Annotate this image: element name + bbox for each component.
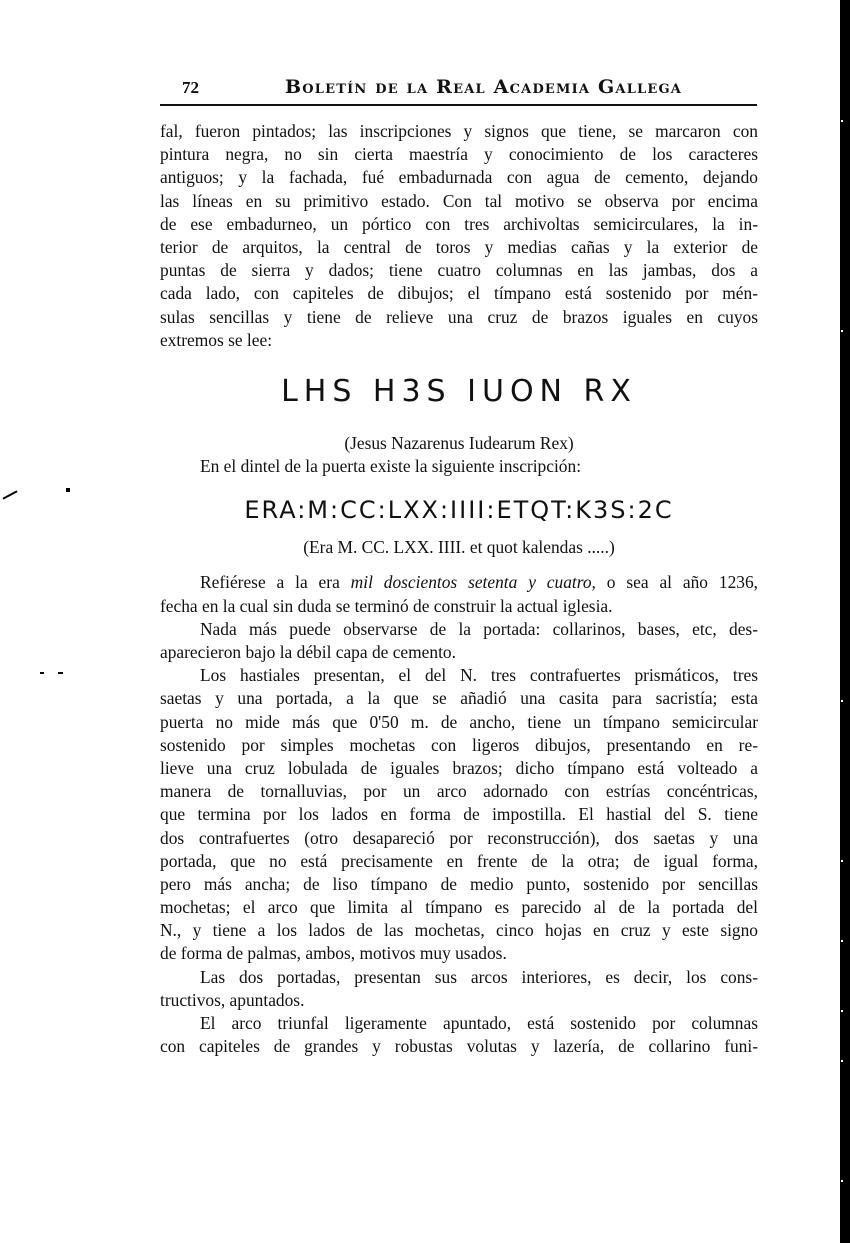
inscription-glyphs: ERA:M:CC:LXX:IIII:ETQT:K3S:2C bbox=[160, 494, 758, 526]
text-line: saetas y una portada, a la que se añadió… bbox=[160, 687, 758, 710]
paragraph-3: Nada más puede observarse de la portada:… bbox=[160, 618, 758, 664]
text-line: de ese embadurneo, un pórtico con tres a… bbox=[160, 213, 758, 236]
text-line: puerta no mide más que 0'50 m. de ancho,… bbox=[160, 711, 758, 734]
text-line: Los hastiales presentan, el del N. tres … bbox=[160, 664, 758, 687]
text-line: sulas sencillas y tiene de relieve una c… bbox=[160, 306, 758, 329]
text-line: El arco triunfal ligeramente apuntado, e… bbox=[160, 1012, 758, 1035]
text-line: terior de arquitos, la central de toros … bbox=[160, 236, 758, 259]
page-header: 72 Boletín de la Real Academia Gallega bbox=[160, 76, 757, 102]
text-line: fecha en la cual sin duda se terminó de … bbox=[160, 595, 758, 618]
text-line: puntas de sierra y dados; tiene cuatro c… bbox=[160, 259, 758, 282]
paragraph-1: fal, fueron pintados; las inscripciones … bbox=[160, 120, 758, 352]
paragraph-4: Los hastiales presentan, el del N. tres … bbox=[160, 664, 758, 965]
inscription-glyphs: LHS H3S IUON RX bbox=[160, 372, 758, 412]
text-line: pero más ancha; de liso tímpano de medio… bbox=[160, 873, 758, 896]
text-line: cada lado, con capiteles de dibujos; el … bbox=[160, 282, 758, 305]
text-line: sostenido por simples mochetas con liger… bbox=[160, 734, 758, 757]
text-line: lieve una cruz lobulada de iguales brazo… bbox=[160, 757, 758, 780]
header-rule bbox=[160, 104, 757, 106]
text-line: tructivos, apuntados. bbox=[160, 989, 758, 1012]
text-line: N., y tiene a los lados de las mochetas,… bbox=[160, 919, 758, 942]
text-line: las líneas en su primitivo estado. Con t… bbox=[160, 190, 758, 213]
italic-date: mil doscientos setenta y cuatro, bbox=[351, 572, 596, 592]
inscription-translation: (Era M. CC. LXX. IIII. et quot kalendas … bbox=[160, 536, 758, 559]
paragraph-5: Las dos portadas, presentan sus arcos in… bbox=[160, 966, 758, 1012]
text-line: de forma de palmas, ambos, motivos muy u… bbox=[160, 942, 758, 965]
scan-edge-strip bbox=[840, 0, 850, 1243]
running-title: Boletín de la Real Academia Gallega bbox=[285, 76, 682, 98]
text-line: Nada más puede observarse de la portada:… bbox=[160, 618, 758, 641]
paragraph-6: El arco triunfal ligeramente apuntado, e… bbox=[160, 1012, 758, 1058]
scan-artifact-speck bbox=[40, 672, 44, 674]
text-line: antiguos; y la fachada, fué embadurnada … bbox=[160, 166, 758, 189]
text-line: portada, que no está precisamente en fre… bbox=[160, 850, 758, 873]
scan-artifact-mark bbox=[2, 490, 17, 499]
text-line: extremos se lee: bbox=[160, 329, 758, 352]
text-line: mochetas; el arco que limita al tímpano … bbox=[160, 896, 758, 919]
page-number: 72 bbox=[182, 78, 199, 98]
text-line: Refiérese a la era mil doscientos setent… bbox=[160, 571, 758, 594]
scan-artifact-speck bbox=[58, 672, 63, 674]
inscription-2-intro: En el dintel de la puerta existe la sigu… bbox=[160, 455, 758, 478]
text-line: fal, fueron pintados; las inscripciones … bbox=[160, 120, 758, 143]
inscription-translation: (Jesus Nazarenus Iudearum Rex) bbox=[160, 432, 758, 455]
paragraph-2: Refiérese a la era mil doscientos setent… bbox=[160, 571, 758, 617]
text-line: que termina por los lados en forma de im… bbox=[160, 803, 758, 826]
text-line: manera de tornalluvias, por un arco ador… bbox=[160, 780, 758, 803]
inscription-2: ERA:M:CC:LXX:IIII:ETQT:K3S:2C (Era M. CC… bbox=[160, 494, 758, 559]
text-line: aparecieron bajo la débil capa de cement… bbox=[160, 641, 758, 664]
inscription-1: LHS H3S IUON RX (Jesus Nazarenus Iudearu… bbox=[160, 372, 758, 455]
text-line: con capiteles de grandes y robustas volu… bbox=[160, 1035, 758, 1058]
text-line: Las dos portadas, presentan sus arcos in… bbox=[160, 966, 758, 989]
body-text: fal, fueron pintados; las inscripciones … bbox=[160, 120, 758, 1058]
scan-artifact-speck bbox=[66, 488, 70, 492]
text-line: pintura negra, no sin cierta maestría y … bbox=[160, 143, 758, 166]
text-line: dos contrafuertes (otro desapareció por … bbox=[160, 827, 758, 850]
